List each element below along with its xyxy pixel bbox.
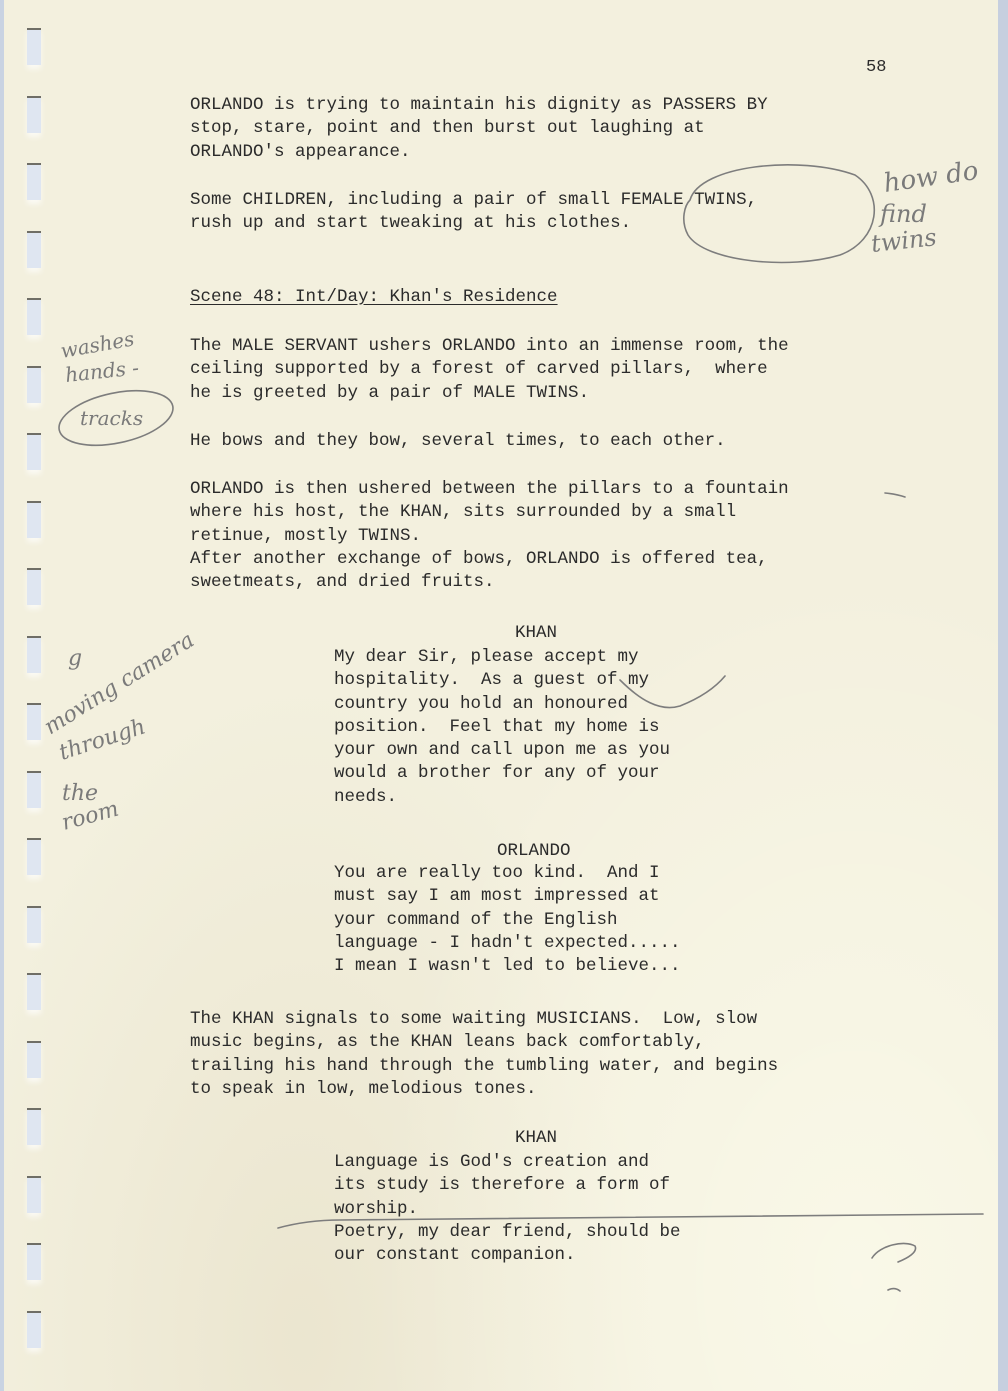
binding-hole	[27, 1311, 41, 1348]
note-how-do: how do	[882, 156, 980, 199]
binding-hole	[27, 96, 41, 133]
binding-hole	[27, 298, 41, 335]
question-mark	[872, 1243, 916, 1262]
binding-hole	[27, 636, 41, 673]
action-fountain: ORLANDO is then ushered between the pill…	[190, 478, 789, 594]
note-through: through	[56, 714, 149, 765]
action-bows: He bows and they bow, several times, to …	[190, 430, 726, 453]
page-left-edge	[0, 0, 4, 1391]
action-children: Some CHILDREN, including a pair of small…	[190, 189, 757, 236]
action-passers-by: ORLANDO is trying to maintain his dignit…	[190, 94, 768, 164]
character-cue-khan-2: KHAN	[515, 1127, 557, 1150]
binding-hole	[27, 771, 41, 808]
binding-hole	[27, 906, 41, 943]
binding-hole	[27, 231, 41, 268]
note-twins: twins	[870, 223, 938, 258]
action-male-servant: The MALE SERVANT ushers ORLANDO into an …	[190, 335, 789, 405]
binding-hole	[27, 1243, 41, 1280]
note-room: room	[59, 797, 121, 836]
note-tracks: tracks	[80, 406, 143, 430]
binding-hole	[27, 163, 41, 200]
note-hands: hands -	[64, 355, 140, 387]
question-mark-dot	[888, 1289, 900, 1291]
script-page: 58 ORLANDO is trying to maintain his dig…	[0, 0, 1008, 1391]
dialogue-orlando-kind: You are really too kind. And I must say …	[334, 862, 681, 978]
page-number: 58	[866, 58, 886, 77]
binding-hole	[27, 838, 41, 875]
line-fountain-mark	[885, 493, 905, 497]
note-moving-camera: moving camera	[40, 628, 199, 740]
binding-hole	[27, 1108, 41, 1145]
circle-tracks-mark	[54, 381, 178, 454]
note-the: the	[62, 781, 98, 806]
dialogue-khan-hospitality: My dear Sir, please accept my hospitalit…	[334, 646, 670, 809]
binding-hole	[27, 1176, 41, 1213]
note-find: find	[878, 200, 927, 228]
character-cue-orlando: ORLANDO	[497, 840, 571, 863]
binding-hole	[27, 501, 41, 538]
page-right-edge	[998, 0, 1008, 1391]
binding-hole	[27, 703, 41, 740]
action-musicians: The KHAN signals to some waiting MUSICIA…	[190, 1008, 778, 1101]
binding-hole	[27, 28, 41, 65]
binding-hole	[27, 366, 41, 403]
binding-hole	[27, 433, 41, 470]
character-cue-khan: KHAN	[515, 622, 557, 645]
dialogue-khan-language: Language is God's creation and its study…	[334, 1151, 681, 1267]
scene-heading: Scene 48: Int/Day: Khan's Residence	[190, 286, 558, 309]
note-g: g	[68, 646, 82, 671]
binding-hole	[27, 568, 41, 605]
binding-hole	[27, 1041, 41, 1078]
note-washes: washes	[59, 326, 136, 363]
binding-hole	[27, 973, 41, 1010]
